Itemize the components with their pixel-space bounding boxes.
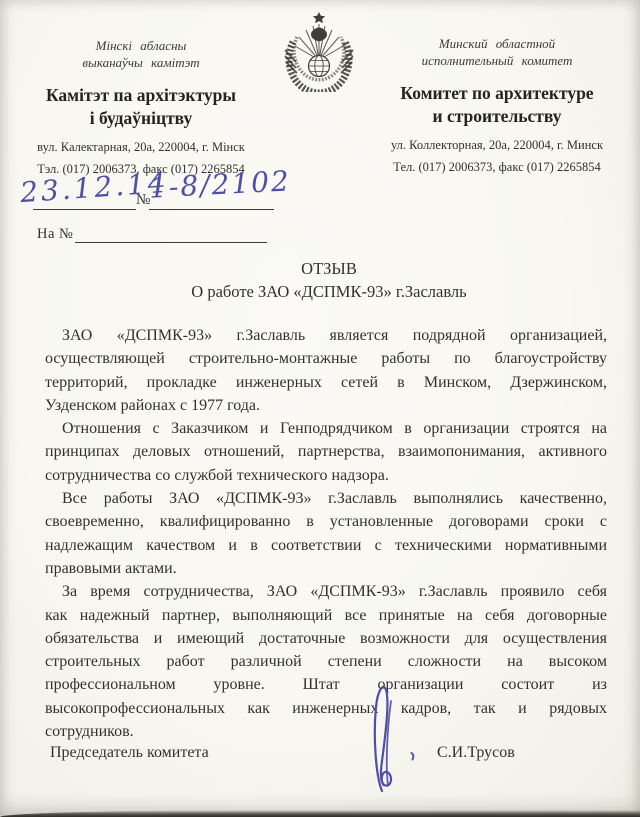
- address-line: ул. Коллекторная, 20а, 220004, г. Минск: [382, 138, 612, 153]
- address-line: вул. Калектарная, 20а, 220004, г. Мінск: [28, 140, 254, 155]
- letter-body: ЗАО «ДСПМК-93» г.Заславль является подря…: [45, 324, 607, 743]
- committee-name-line: Камітэт па архітэктуры: [28, 84, 254, 107]
- letterhead-right: Минский областной исполнительный комитет…: [382, 35, 612, 175]
- committee-name-line: Комитет по архитектуре: [382, 82, 612, 105]
- body-line: сотрудничества со службой технического н…: [45, 464, 607, 487]
- body-line: строительных работ различной степени сло…: [45, 650, 607, 673]
- reply-underline: [75, 242, 267, 243]
- phone-line: Тел. (017) 2006373, факс (017) 2265854: [382, 160, 612, 175]
- org-name-line: выканаўчы камітэт: [28, 54, 254, 71]
- body-line: Все работы ЗАО «ДСПМК-93» г.Заславль вып…: [45, 487, 607, 510]
- body-line: территорий, прокладке инженерных сетей в…: [45, 371, 607, 394]
- belarus-coat-of-arms-icon: [281, 10, 357, 92]
- document-title: ОТЗЫВ: [22, 259, 636, 279]
- body-line: осуществляющей строительно-монтажные раб…: [45, 347, 607, 370]
- date-underline: [33, 209, 136, 210]
- body-line: профессиональном уровне. Штат организаци…: [45, 673, 607, 696]
- body-line: ЗАО «ДСПМК-93» г.Заславль является подря…: [45, 324, 607, 347]
- scanned-letter: Мінскі абласны выканаўчы камітэт Камітэт…: [0, 0, 640, 817]
- body-line: правовыми актами.: [45, 557, 607, 580]
- org-name-line: Мінскі абласны: [28, 37, 254, 54]
- body-line: За время сотрудничества, ЗАО «ДСПМК-93» …: [45, 580, 607, 603]
- body-line: принципах деловых отношений, партнерства…: [45, 440, 607, 463]
- committee-name-line: і будаўніцтву: [28, 107, 254, 130]
- body-line: как надежный партнер, выполняющий все пр…: [45, 604, 607, 627]
- body-line: Узденском районах с 1977 года.: [45, 394, 607, 417]
- scan-bottom-edge: [0, 810, 640, 817]
- org-name-line: Минский областной: [382, 35, 612, 52]
- body-line: обязательства и имеющий достаточные возм…: [45, 627, 607, 650]
- body-line: сотрудников.: [45, 720, 607, 743]
- handwritten-signature-icon: [366, 679, 422, 797]
- number-underline: [149, 209, 274, 210]
- signer-position: Председатель комитета: [50, 744, 209, 762]
- reply-to-label: На №: [37, 226, 73, 243]
- handwritten-outgoing-number: 1-8/2102: [148, 164, 291, 204]
- org-name-line: исполнительный комитет: [382, 52, 612, 69]
- number-sign: №: [136, 192, 150, 209]
- signer-name: С.И.Трусов: [437, 744, 515, 762]
- document-subtitle: О работе ЗАО «ДСПМК-93» г.Заславль: [22, 282, 636, 302]
- body-line: высокопрофессиональных как инженерных ка…: [45, 697, 607, 720]
- letterhead-left: Мінскі абласны выканаўчы камітэт Камітэт…: [28, 37, 254, 177]
- body-line: Отношения с Заказчиком и Генподрядчиком …: [45, 417, 607, 440]
- committee-name-line: и строительству: [382, 105, 612, 128]
- body-line: своевременно, квалифицированно в установ…: [45, 510, 607, 533]
- body-line: надлежащим качеством и в соответствии с …: [45, 534, 607, 557]
